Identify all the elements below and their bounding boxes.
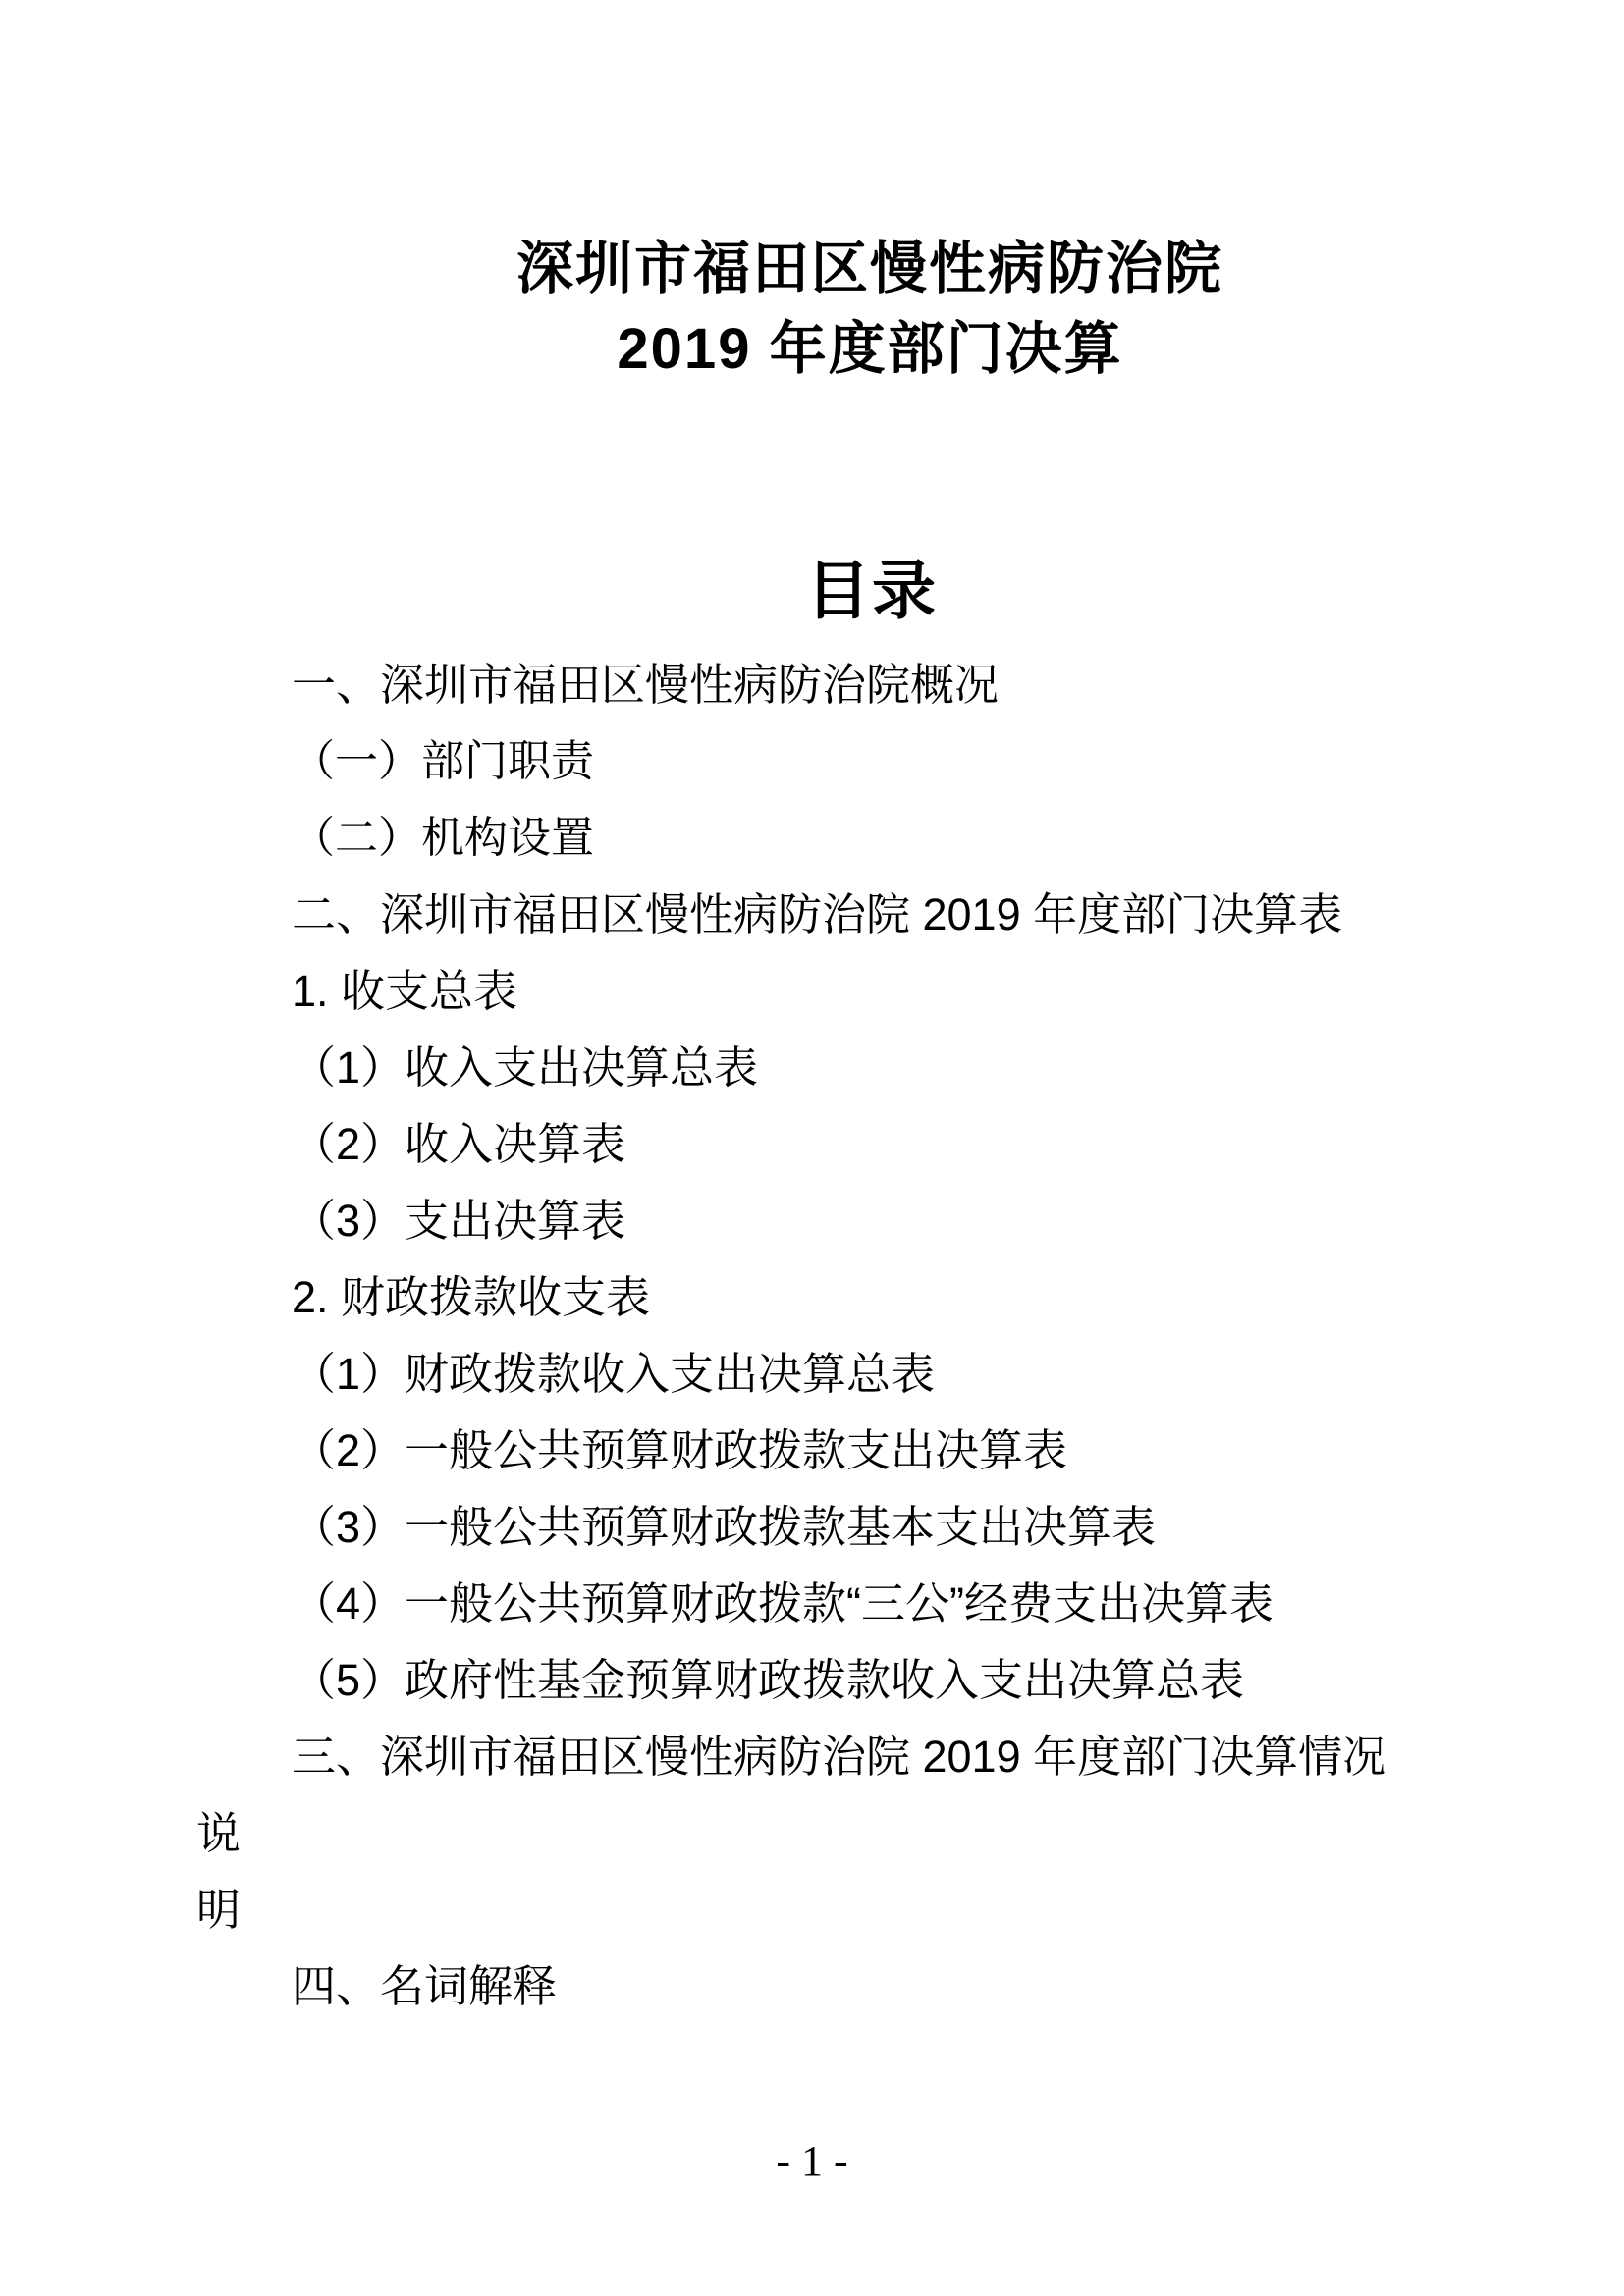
toc-line: 2. 财政拨款收支表	[196, 1259, 1428, 1336]
toc-line: 一、深圳市福田区慢性病防治院概况	[196, 647, 1428, 723]
toc-list: 一、深圳市福田区慢性病防治院概况（一）部门职责（二）机构设置二、深圳市福田区慢性…	[196, 647, 1428, 2025]
page-number: - 1 -	[776, 2137, 847, 2185]
toc-line: （二）机构设置	[196, 800, 1428, 877]
toc-line: （2）收入决算表	[196, 1106, 1428, 1183]
toc-line: （2）一般公共预算财政拨款支出决算表	[196, 1413, 1428, 1489]
document-page: 深圳市福田区慢性病防治院 2019 年度部门决算 目录 一、深圳市福田区慢性病防…	[0, 0, 1624, 2296]
toc-line: 三、深圳市福田区慢性病防治院 2019 年度部门决算情况说	[196, 1719, 1428, 1872]
toc-heading: 目录	[0, 547, 1624, 635]
toc-line: （3）支出决算表	[196, 1183, 1428, 1259]
document-title-line-1: 深圳市福田区慢性病防治院	[116, 229, 1624, 309]
toc-line: 1. 收支总表	[196, 953, 1428, 1030]
toc-line: （3）一般公共预算财政拨款基本支出决算表	[196, 1489, 1428, 1566]
toc-line: （一）部门职责	[196, 723, 1428, 800]
toc-line: （1）财政拨款收入支出决算总表	[196, 1336, 1428, 1413]
page-footer: - 1 -	[0, 2136, 1624, 2187]
toc-line: 明	[196, 1872, 1428, 1949]
document-title-line-2: 2019 年度部门决算	[116, 309, 1624, 390]
toc-line: （5）政府性基金预算财政拨款收入支出决算总表	[196, 1642, 1428, 1719]
toc-line: （4）一般公共预算财政拨款“三公”经费支出决算表	[196, 1566, 1428, 1642]
toc-line: （1）收入支出决算总表	[196, 1030, 1428, 1106]
toc-line: 二、深圳市福田区慢性病防治院 2019 年度部门决算表	[196, 877, 1428, 953]
toc-line: 四、名词解释	[196, 1949, 1428, 2025]
document-title: 深圳市福田区慢性病防治院 2019 年度部门决算	[0, 229, 1624, 390]
